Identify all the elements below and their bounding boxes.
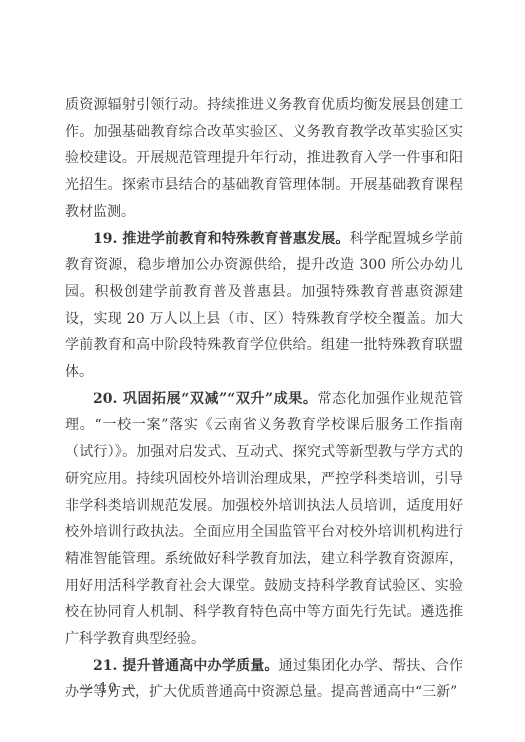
document-page: 质资源辐射引领行动。持续推进义务教育优质均衡发展县创建工作。加强基础教育综合改革… [0, 0, 525, 742]
page-number: — 10 — [80, 681, 137, 696]
item-21-heading: 21. 提升普通高中办学质量。 [93, 658, 279, 674]
item-19-text: 科学配置城乡学前教育资源，稳步增加公办资源供给，提升改造 300 所公办幼儿园。… [65, 231, 463, 381]
item-19-paragraph: 19. 推进学前教育和特殊教育普惠发展。科学配置城乡学前教育资源，稳步增加公办资… [65, 226, 463, 386]
item-21-paragraph: 21. 提升普通高中办学质量。通过集团化办学、帮扶、合作办学等方式，扩大优质普通… [65, 653, 463, 706]
page-footer: — 10 — [80, 681, 137, 697]
continuation-paragraph: 质资源辐射引领行动。持续推进义务教育优质均衡发展县创建工作。加强基础教育综合改革… [65, 92, 463, 226]
document-body: 质资源辐射引领行动。持续推进义务教育优质均衡发展县创建工作。加强基础教育综合改革… [65, 92, 463, 706]
item-20-paragraph: 20. 巩固拓展“双减”“双升”成果。常态化加强作业规范管理。“一校一案”落实《… [65, 386, 463, 653]
item-20-heading: 20. 巩固拓展“双减”“双升”成果。 [93, 391, 318, 407]
item-19-heading: 19. 推进学前教育和特殊教育普惠发展。 [93, 231, 350, 247]
paragraph-text: 质资源辐射引领行动。持续推进义务教育优质均衡发展县创建工作。加强基础教育综合改革… [65, 97, 463, 220]
item-20-text: 常态化加强作业规范管理。“一校一案”落实《云南省义务教育学校课后服务工作指南（试… [65, 391, 463, 647]
